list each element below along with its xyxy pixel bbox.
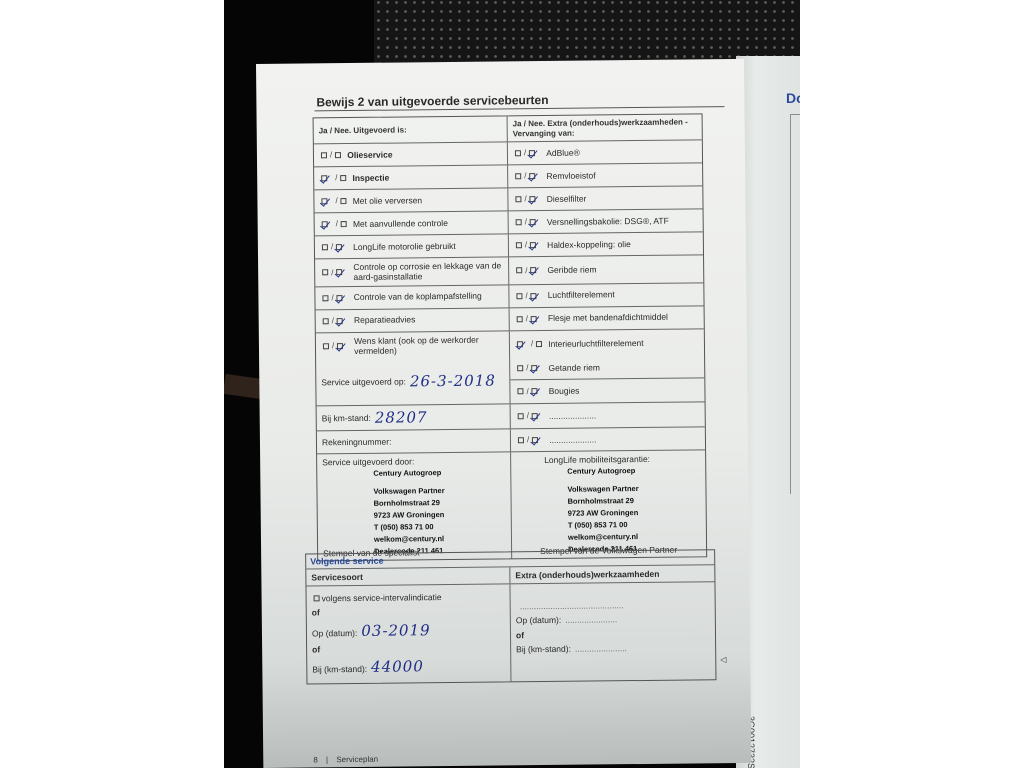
- check-item: /Remvloeistof: [508, 164, 702, 188]
- slash: /: [531, 339, 533, 349]
- checkmark-icon: [530, 313, 542, 325]
- checkmark-icon: [336, 315, 348, 327]
- check-item: /AdBlue®: [508, 141, 702, 165]
- stamp-row: Service uitgevoerd door: Century Autogro…: [317, 450, 706, 560]
- item-label: LongLife motorolie gebruikt: [353, 241, 456, 252]
- item-label: Reparatieadvies: [354, 315, 416, 326]
- next-date-line: Op (datum):03-2019: [312, 620, 505, 640]
- item-label: Haldex-koppeling: olie: [547, 239, 631, 250]
- invoice-label: Rekeningnummer:: [322, 436, 392, 447]
- item-label: Met olie verversen: [353, 195, 423, 206]
- item-label: Olieservice: [347, 150, 392, 161]
- stamp-city: 9723 AW Groningen: [374, 509, 445, 522]
- slash: /: [525, 241, 527, 251]
- service-date-value: 26-3-2018: [410, 371, 496, 390]
- ja-checkbox[interactable]: [518, 437, 524, 443]
- checkmark-icon: [530, 362, 542, 374]
- next-date-value: 03-2019: [361, 621, 431, 640]
- item-label: Luchtfilterelement: [548, 290, 615, 301]
- check-item: /Dieselfilter: [508, 187, 702, 211]
- nee-checkbox[interactable]: [536, 341, 542, 347]
- item-label: Wens klant (ook op de werkorder vermelde…: [354, 334, 504, 356]
- ja-checkbox[interactable]: [515, 173, 521, 179]
- ja-checkbox[interactable]: [517, 316, 523, 322]
- next-service-body: volgens service-intervalindicatie of Op …: [306, 582, 715, 683]
- specialist-stamp-cell: Service uitgevoerd door: Century Autogro…: [317, 452, 512, 560]
- slash: /: [527, 435, 529, 445]
- stamp-email: welkom@century.nl: [374, 533, 445, 546]
- stamp-company: Century Autogroep: [567, 465, 638, 478]
- checkmark-icon: [529, 216, 541, 228]
- service-table: Ja / Nee. Uitgevoerd is: Ja / Nee. Extra…: [313, 113, 708, 561]
- checkmark-icon: [529, 264, 541, 276]
- slash: /: [524, 149, 526, 159]
- check-item: /Met olie verversen: [314, 189, 508, 213]
- right-page-box: [790, 114, 800, 494]
- ja-checkbox[interactable]: [515, 150, 521, 156]
- right-header: Ja / Nee. Extra (onderhouds)werkzaamhede…: [508, 114, 702, 141]
- ja-checkbox[interactable]: [321, 152, 327, 158]
- slash: /: [331, 243, 333, 253]
- stamp-street: Bornholmstraat 29: [374, 497, 445, 510]
- extra-row: /....................: [511, 427, 705, 451]
- ja-checkbox[interactable]: [518, 413, 524, 419]
- slash: /: [525, 218, 527, 228]
- extra-row: /....................: [511, 402, 705, 428]
- or-label: of: [516, 628, 710, 640]
- ja-checkbox[interactable]: [517, 389, 523, 395]
- footer-label: Serviceplan: [336, 755, 378, 764]
- item-label: Controle op corrosie en lekkage van de a…: [353, 261, 503, 283]
- checkmark-icon: [531, 385, 543, 397]
- or-label: of: [312, 642, 505, 654]
- checkmark-icon: [336, 340, 348, 352]
- checkmark-icon: [335, 241, 347, 253]
- checkmark-icon: [335, 266, 347, 278]
- check-item: /Geribde riem: [509, 256, 703, 284]
- stamp-phone: T (050) 853 71 00: [568, 519, 639, 532]
- check-item: /Flesje met bandenafdichtmiddel: [510, 306, 704, 330]
- dealer-stamp-2: Century Autogroep Volkswagen Partner Bor…: [567, 465, 639, 556]
- service-date-label: Service uitgevoerd op:: [321, 376, 406, 387]
- check-item: /Haldex-koppeling: olie: [509, 233, 703, 257]
- check-item: /Wens klant (ook op de werkorder vermeld…: [316, 331, 510, 359]
- km-label: Bij km-stand:: [322, 413, 371, 424]
- checkmark-icon: [528, 170, 540, 182]
- triangle-marker-icon: ◁: [720, 655, 726, 664]
- item-label: Dieselfilter: [547, 194, 587, 205]
- col-servicesoort: Servicesoort: [306, 567, 510, 585]
- slash: /: [526, 387, 528, 397]
- table-header: Ja / Nee. Uitgevoerd is: Ja / Nee. Extra…: [314, 114, 702, 144]
- ja-checkbox[interactable]: [516, 293, 522, 299]
- check-item: /Reparatieadvies: [316, 308, 510, 332]
- item-label: Flesje met bandenafdichtmiddel: [548, 312, 668, 323]
- checkbox[interactable]: [314, 596, 320, 602]
- longlife-label: LongLife mobiliteitsgarantie:: [516, 453, 700, 465]
- slash: /: [331, 268, 333, 278]
- checkmark-icon: [529, 239, 541, 251]
- next-km-value: 44000: [371, 657, 424, 676]
- item-label: Getande riem: [548, 362, 600, 373]
- extra-rows-a: /Getande riem /Bougies: [510, 355, 704, 403]
- extra-dots: ........................................…: [516, 599, 710, 611]
- table-row: /Controle op corrosie en lekkage van de …: [315, 256, 703, 287]
- check-item: /Met aanvullende controle: [315, 212, 509, 236]
- check-item: /LongLife motorolie gebruikt: [315, 235, 509, 259]
- table-row: Service uitgevoerd op: 26-3-2018 /Getand…: [316, 355, 704, 406]
- stamp-email: welkom@century.nl: [568, 531, 639, 544]
- slash: /: [526, 363, 528, 373]
- check-item: /Olieservice: [314, 143, 508, 167]
- slash: /: [330, 151, 332, 161]
- slash: /: [524, 195, 526, 205]
- slash: /: [332, 316, 334, 326]
- item-label: ....................: [549, 410, 596, 421]
- item-label: Versnellingsbakolie: DSG®, ATF: [547, 216, 669, 227]
- item-label: Controle van de koplampafstelling: [354, 291, 482, 303]
- stamp-company: Century Autogroep: [373, 467, 444, 480]
- page-title: Bewijs 2 van uitgevoerde servicebeurten: [316, 93, 548, 109]
- right-km-line: Bij (km-stand):......................: [516, 642, 710, 654]
- item-label: Met aanvullende controle: [353, 218, 448, 229]
- item-label: Interieurluchtfilterelement: [548, 338, 644, 349]
- stamp-partner: Volkswagen Partner: [373, 485, 444, 498]
- ja-checkbox[interactable]: [516, 242, 522, 248]
- ja-checkbox[interactable]: [517, 365, 523, 371]
- right-date-line: Op (datum):......................: [516, 614, 710, 626]
- nee-checkbox[interactable]: [340, 175, 346, 181]
- service-page: Bewijs 2 van uitgevoerde servicebeurten …: [256, 59, 751, 768]
- service-date-cell: Service uitgevoerd op: 26-3-2018: [316, 357, 510, 405]
- check-item: /Inspectie: [314, 166, 508, 190]
- invoice-cell: Rekeningnummer:: [317, 429, 511, 453]
- slash: /: [525, 291, 527, 301]
- slash: /: [527, 411, 529, 421]
- item-label: Geribde riem: [547, 265, 596, 276]
- slash: /: [331, 293, 333, 303]
- right-page-heading: Do: [786, 90, 800, 106]
- extra-row: /Getande riem: [510, 355, 704, 380]
- slash: /: [525, 266, 527, 276]
- nee-checkbox[interactable]: [341, 198, 347, 204]
- ja-checkbox[interactable]: [516, 268, 522, 274]
- extra-row: /Bougies: [510, 378, 704, 403]
- vw-stamp-cell: LongLife mobiliteitsgarantie: Century Au…: [511, 450, 706, 558]
- slash: /: [336, 220, 338, 230]
- slash: /: [335, 197, 337, 207]
- ja-checkbox[interactable]: [322, 270, 328, 276]
- checkmark-icon: [320, 172, 332, 184]
- col-extra: Extra (onderhouds)werkzaamheden: [510, 565, 714, 583]
- ja-checkbox[interactable]: [323, 318, 329, 324]
- check-item: /Versnellingsbakolie: DSG®, ATF: [509, 210, 703, 234]
- or-label: of: [312, 606, 505, 618]
- km-value: 28207: [375, 408, 428, 427]
- slash: /: [332, 341, 334, 351]
- page-number: 8: [313, 755, 318, 764]
- checkmark-icon: [336, 292, 348, 304]
- check-item: /Interieurluchtfilterelement: [510, 329, 704, 357]
- checkmark-icon: [320, 195, 332, 207]
- dealer-stamp: Century Autogroep Volkswagen Partner Bor…: [373, 467, 445, 558]
- checkmark-icon: [528, 147, 540, 159]
- ja-checkbox[interactable]: [515, 196, 521, 202]
- slash: /: [526, 314, 528, 324]
- checkmark-icon: [529, 193, 541, 205]
- ja-checkbox[interactable]: [516, 219, 522, 225]
- next-km-line: Bij (km-stand):44000: [312, 656, 505, 676]
- checkmark-icon: [531, 434, 543, 446]
- photo: Do 3G0012732SC Bewijs 2 van uitgevoerde …: [224, 0, 800, 768]
- checkmark-icon: [530, 290, 542, 302]
- page-footer: 8 | Serviceplan: [313, 755, 378, 765]
- checkmark-icon: [321, 218, 333, 230]
- slash: /: [524, 172, 526, 182]
- check-item: /Controle op corrosie en lekkage van de …: [315, 258, 509, 286]
- stamp-city: 9723 AW Groningen: [568, 507, 639, 520]
- item-label: Bougies: [549, 386, 580, 397]
- item-label: ....................: [549, 434, 596, 445]
- item-label: AdBlue®: [546, 148, 580, 159]
- item-label: Inspectie: [352, 173, 389, 184]
- performed-by-label: Service uitgevoerd door:: [322, 455, 505, 467]
- checkmark-icon: [516, 338, 528, 350]
- left-header: Ja / Nee. Uitgevoerd is:: [314, 116, 508, 143]
- check-item: /Luchtfilterelement: [509, 283, 703, 307]
- next-right: ........................................…: [510, 582, 715, 681]
- check-item: /Controle van de koplampafstelling: [315, 285, 509, 309]
- next-service: Volgende service Servicesoort Extra (ond…: [305, 549, 716, 684]
- stamp-partner: Volkswagen Partner: [567, 483, 638, 496]
- stamp-phone: T (050) 853 71 00: [374, 521, 445, 534]
- item-label: Remvloeistof: [546, 171, 595, 182]
- interval-option: volgens service-intervalindicatie: [312, 592, 505, 604]
- ja-checkbox[interactable]: [322, 244, 328, 250]
- slash: /: [335, 174, 337, 184]
- next-left: volgens service-intervalindicatie of Op …: [306, 585, 511, 684]
- stamp-street: Bornholmstraat 29: [568, 495, 639, 508]
- table-row: /Wens klant (ook op de werkorder vermeld…: [316, 329, 704, 359]
- checkmark-icon: [531, 410, 543, 422]
- ja-checkbox[interactable]: [323, 343, 329, 349]
- ja-checkbox[interactable]: [322, 295, 328, 301]
- nee-checkbox[interactable]: [341, 221, 347, 227]
- nee-checkbox[interactable]: [335, 152, 341, 158]
- km-cell: Bij km-stand: 28207: [317, 404, 511, 430]
